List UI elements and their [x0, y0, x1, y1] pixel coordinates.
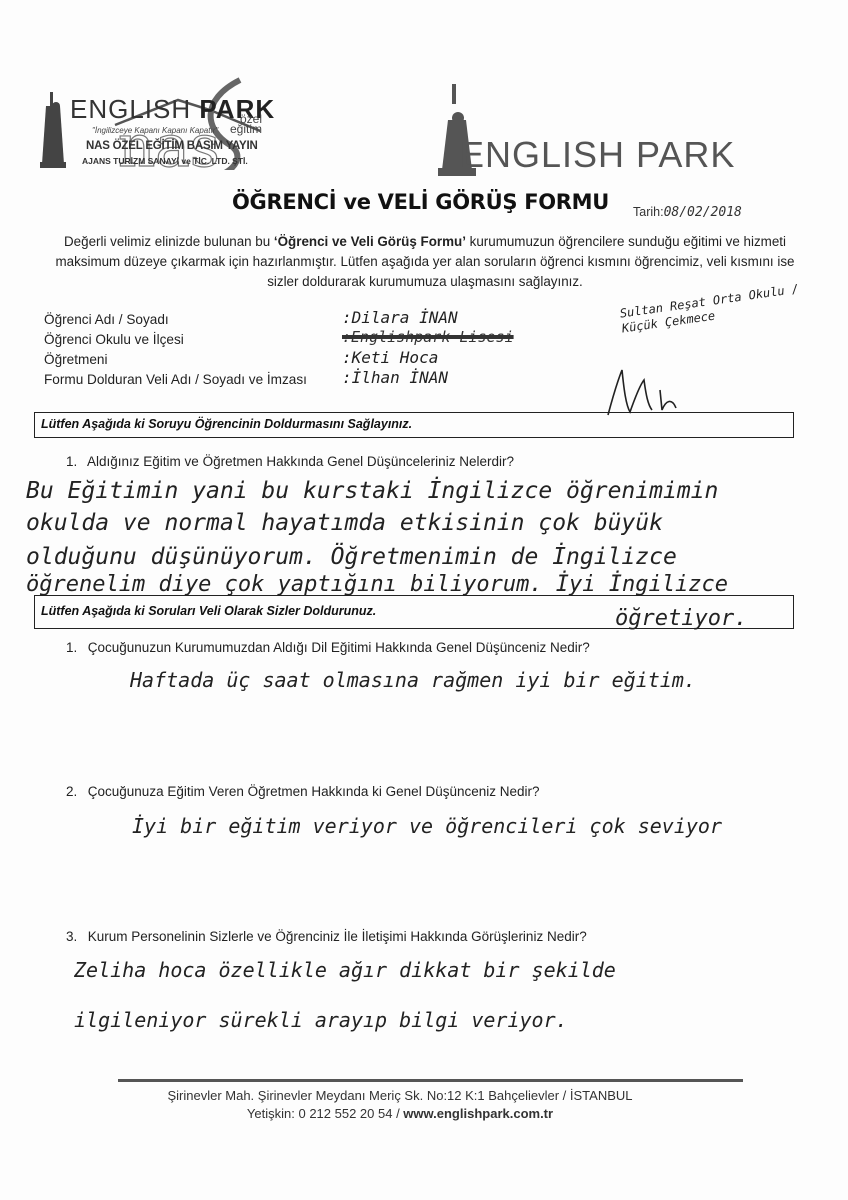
student-answer-line-1[interactable]: Bu Eğitimin yani bu kurstaki İngilizce ö…	[26, 478, 718, 504]
parent-section-header: Lütfen Aşağıda ki Soruları Veli Olarak S…	[34, 595, 794, 629]
company-name-line-1: NAS ÖZEL EĞİTİM BASIM YAYIN	[86, 140, 258, 152]
date-value[interactable]: 08/02/2018	[664, 205, 742, 220]
field-label-teacher: Öğretmeni	[44, 350, 307, 370]
field-label-parent: Formu Dolduran Veli Adı / Soyadı ve İmza…	[44, 370, 307, 390]
field-value-school-struck[interactable]: :Englishpark Lisesi	[342, 328, 514, 346]
student-answer-line-3[interactable]: olduğunu düşünüyorum. Öğretmenimin de İn…	[26, 544, 677, 570]
brand-slogan: "İngilizceye Kapanı Kapanı Kapatır"	[92, 126, 218, 135]
ozel-egitim-mark: özeleğitim	[230, 114, 262, 134]
footer-divider	[118, 1079, 743, 1082]
field-value-student-name[interactable]: :Dilara İNAN	[342, 308, 458, 327]
student-section-header: Lütfen Aşağıda ki Soruyu Öğrencinin Dold…	[34, 412, 794, 438]
field-label-student-name: Öğrenci Adı / Soyadı	[44, 310, 307, 330]
parent-answer-2[interactable]: İyi bir eğitim veriyor ve öğrencileri ço…	[132, 814, 722, 838]
company-name-line-2: AJANS TURİZM SANAYİ ve TİC. LTD. ŞTİ.	[82, 156, 248, 166]
company-logo-right: ENGLISH PARK	[430, 70, 810, 180]
brand-wordmark-large: ENGLISH PARK	[460, 134, 735, 176]
footer: Şirinevler Mah. Şirinevler Meydanı Meriç…	[100, 1087, 700, 1123]
field-label-school: Öğrenci Okulu ve İlçesi	[44, 330, 307, 350]
student-question-1: 1. Aldığınız Eğitim ve Öğretmen Hakkında…	[66, 454, 514, 469]
parent-question-3: 3. Kurum Personelinin Sizlerle ve Öğrenc…	[66, 929, 587, 944]
parent-question-2: 2. Çocuğunuza Eğitim Veren Öğretmen Hakk…	[66, 784, 540, 799]
student-section-heading: Lütfen Aşağıda ki Soruyu Öğrencinin Dold…	[41, 417, 412, 431]
parent-question-1: 1. Çocuğunuzun Kurumumuzdan Aldığı Dil E…	[66, 640, 590, 655]
company-logo-left: nas ENGLISH PARK "İngilizceye Kapanı Kap…	[30, 40, 260, 170]
field-value-parent[interactable]: :İlhan İNAN	[342, 368, 448, 387]
parent-answer-1[interactable]: Haftada üç saat olmasına rağmen iyi bir …	[130, 668, 696, 692]
date-label: Tarih:	[633, 205, 664, 219]
form-date: Tarih:08/02/2018	[633, 205, 742, 220]
student-answer-line-4[interactable]: öğrenelim diye çok yaptığını biliyorum. …	[26, 572, 728, 597]
info-field-labels: Öğrenci Adı / Soyadı Öğrenci Okulu ve İl…	[44, 310, 307, 390]
parent-section-heading: Lütfen Aşağıda ki Soruları Veli Olarak S…	[41, 604, 376, 618]
footer-phone: Yetişkin: 0 212 552 20 54	[247, 1106, 393, 1121]
footer-contact: Yetişkin: 0 212 552 20 54 / www.englishp…	[100, 1105, 700, 1123]
form-title: ÖĞRENCİ ve VELİ GÖRÜŞ FORMU	[232, 190, 609, 214]
footer-address: Şirinevler Mah. Şirinevler Meydanı Meriç…	[100, 1087, 700, 1105]
parent-answer-3-line-2[interactable]: ilgileniyor sürekli arayıp bilgi veriyor…	[74, 1008, 568, 1032]
intro-paragraph: Değerli velimiz elinizde bulunan bu ‘Öğr…	[40, 232, 810, 292]
parent-signature	[600, 360, 690, 420]
footer-website-link[interactable]: www.englishpark.com.tr	[403, 1106, 553, 1121]
student-answer-line-2[interactable]: okulda ve normal hayatımda etkisinin çok…	[26, 510, 663, 536]
parent-answer-3-line-1[interactable]: Zeliha hoca özellikle ağır dikkat bir şe…	[74, 958, 616, 982]
field-value-teacher[interactable]: :Keti Hoca	[342, 348, 438, 367]
